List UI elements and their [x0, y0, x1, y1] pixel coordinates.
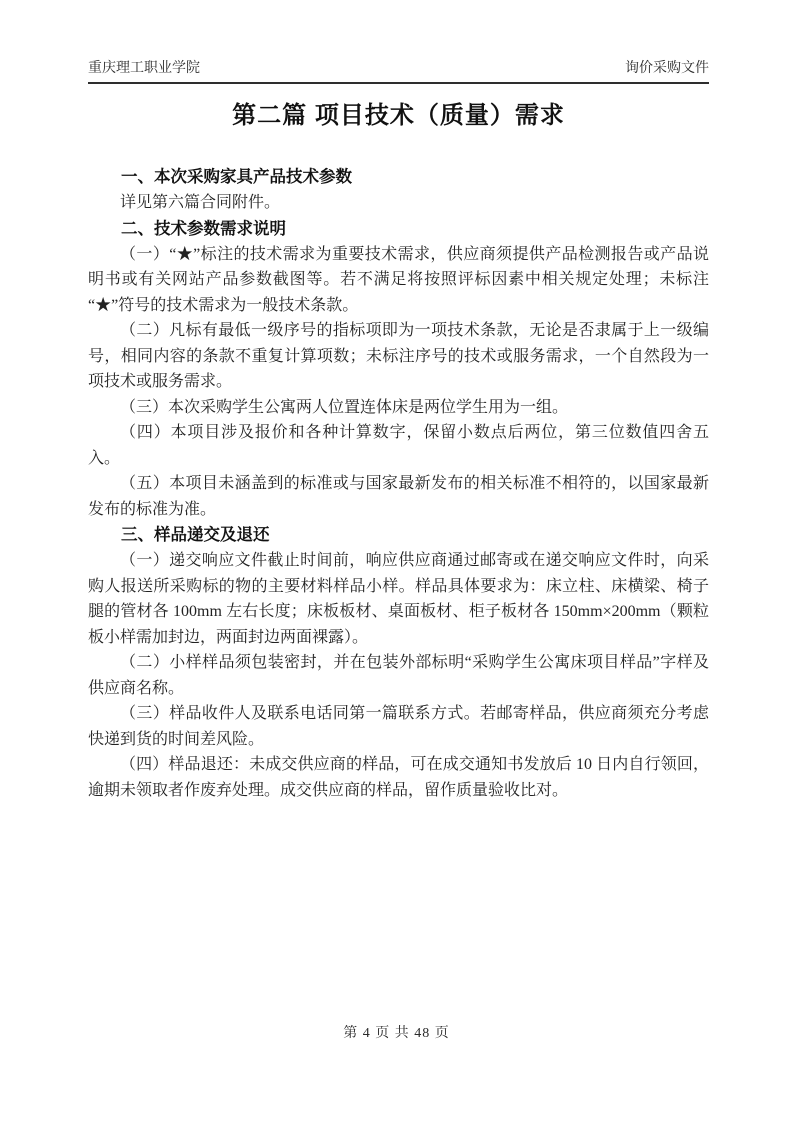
document-page: 重庆理工职业学院 询价采购文件 第二篇 项目技术（质量）需求 一、本次采购家具产…	[0, 0, 793, 1122]
paragraph: （三）样品收件人及联系电话同第一篇联系方式。若邮寄样品，供应商须充分考虑快递到货…	[88, 701, 709, 752]
page-header: 重庆理工职业学院 询价采购文件	[88, 57, 709, 84]
paragraph: （三）本次采购学生公寓两人位置连体床是两位学生用为一组。	[88, 395, 709, 421]
paragraph: （四）样品退还：未成交供应商的样品，可在成交通知书发放后 10 日内自行领回，逾…	[88, 752, 709, 803]
page-footer: 第 4 页 共 48 页	[0, 1022, 793, 1042]
document-body: 一、本次采购家具产品技术参数 详见第六篇合同附件。 二、技术参数需求说明 （一）…	[88, 164, 709, 803]
paragraph: （五）本项目未涵盖到的标准或与国家最新发布的相关标准不相符的，以国家最新发布的标…	[88, 471, 709, 522]
page-number-text: 第 4 页 共 48 页	[343, 1026, 450, 1041]
header-right-text: 询价采购文件	[625, 57, 709, 77]
paragraph: （一）“★”标注的技术需求为重要技术需求，供应商须提供产品检测报告或产品说明书或…	[88, 242, 709, 319]
section-heading-3: 三、样品递交及退还	[88, 522, 709, 548]
document-title: 第二篇 项目技术（质量）需求	[88, 101, 709, 131]
paragraph: （一）递交响应文件截止时间前，响应供应商通过邮寄或在递交响应文件时，向采购人报送…	[88, 548, 709, 650]
section-heading-1: 一、本次采购家具产品技术参数	[88, 164, 709, 190]
paragraph: （四）本项目涉及报价和各种计算数字，保留小数点后两位，第三位数值四舍五入。	[88, 420, 709, 471]
header-left-text: 重庆理工职业学院	[88, 57, 200, 77]
paragraph: （二）凡标有最低一级序号的指标项即为一项技术条款，无论是否隶属于上一级编号，相同…	[88, 318, 709, 395]
paragraph: （二）小样样品须包装密封，并在包装外部标明“采购学生公寓床项目样品”字样及供应商…	[88, 650, 709, 701]
section-heading-2: 二、技术参数需求说明	[88, 216, 709, 242]
paragraph: 详见第六篇合同附件。	[88, 190, 709, 216]
